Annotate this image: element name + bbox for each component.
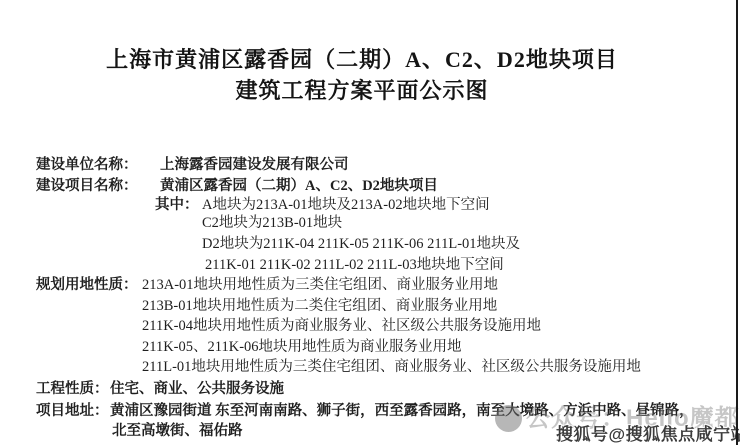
address-label: 项目地址： bbox=[36, 402, 109, 420]
builder-value: 上海露香园建设发展有限公司 bbox=[160, 156, 349, 174]
builder-label: 建设单位名称： bbox=[36, 156, 138, 174]
table-border-line bbox=[736, 0, 738, 445]
planning-line1: 213A-01地块用地性质为三类住宅组团、商业服务业用地 bbox=[142, 276, 498, 294]
project-detail-line1: A地块为213A-01地块及213A-02地块地下空间 bbox=[202, 196, 490, 214]
planning-label: 规划用地性质： bbox=[36, 276, 138, 294]
nature-label: 工程性质： bbox=[36, 380, 109, 398]
project-label: 建设项目名称： bbox=[36, 177, 138, 195]
construction-notice-page: 上海市黄浦区露香园（二期）A、C2、D2地块项目 建筑工程方案平面公示图 建设单… bbox=[0, 0, 740, 445]
planning-line3: 211K-04地块用地性质为商业服务业、社区级公共服务设施用地 bbox=[142, 317, 541, 335]
project-detail-prefix: 其中： bbox=[155, 196, 199, 214]
wechat-account-logo-icon bbox=[495, 405, 522, 432]
planning-line4: 211K-05、211K-06地块用地性质为商业服务业用地 bbox=[142, 338, 462, 356]
project-value: 黄浦区露香园（二期）A、C2、D2地块项目 bbox=[160, 177, 438, 195]
page-title-line1: 上海市黄浦区露香园（二期）A、C2、D2地块项目 bbox=[0, 44, 724, 75]
sohu-watermark: 搜狐号@搜狐焦点咸宁站 bbox=[556, 420, 740, 445]
project-detail-line4: 211K-01 211K-02 211L-02 211L-03地块地下空间 bbox=[205, 256, 504, 274]
page-title: 上海市黄浦区露香园（二期）A、C2、D2地块项目 建筑工程方案平面公示图 bbox=[0, 44, 724, 106]
planning-line2: 213B-01地块用地性质为二类住宅组团、商业服务业用地 bbox=[142, 297, 497, 315]
project-detail-line2: C2地块为213B-01地块 bbox=[202, 214, 342, 232]
page-title-line2: 建筑工程方案平面公示图 bbox=[0, 75, 724, 106]
nature-value: 住宅、商业、公共服务设施 bbox=[110, 380, 284, 398]
planning-line5: 211L-01地块用地性质为三类住宅组团、商业服务业、社区级公共服务设施用地 bbox=[142, 358, 641, 376]
project-detail-line3: D2地块为211K-04 211K-05 211K-06 211L-01地块及 bbox=[202, 235, 520, 253]
address-line2: 北至高墩街、福佑路 bbox=[112, 422, 243, 440]
